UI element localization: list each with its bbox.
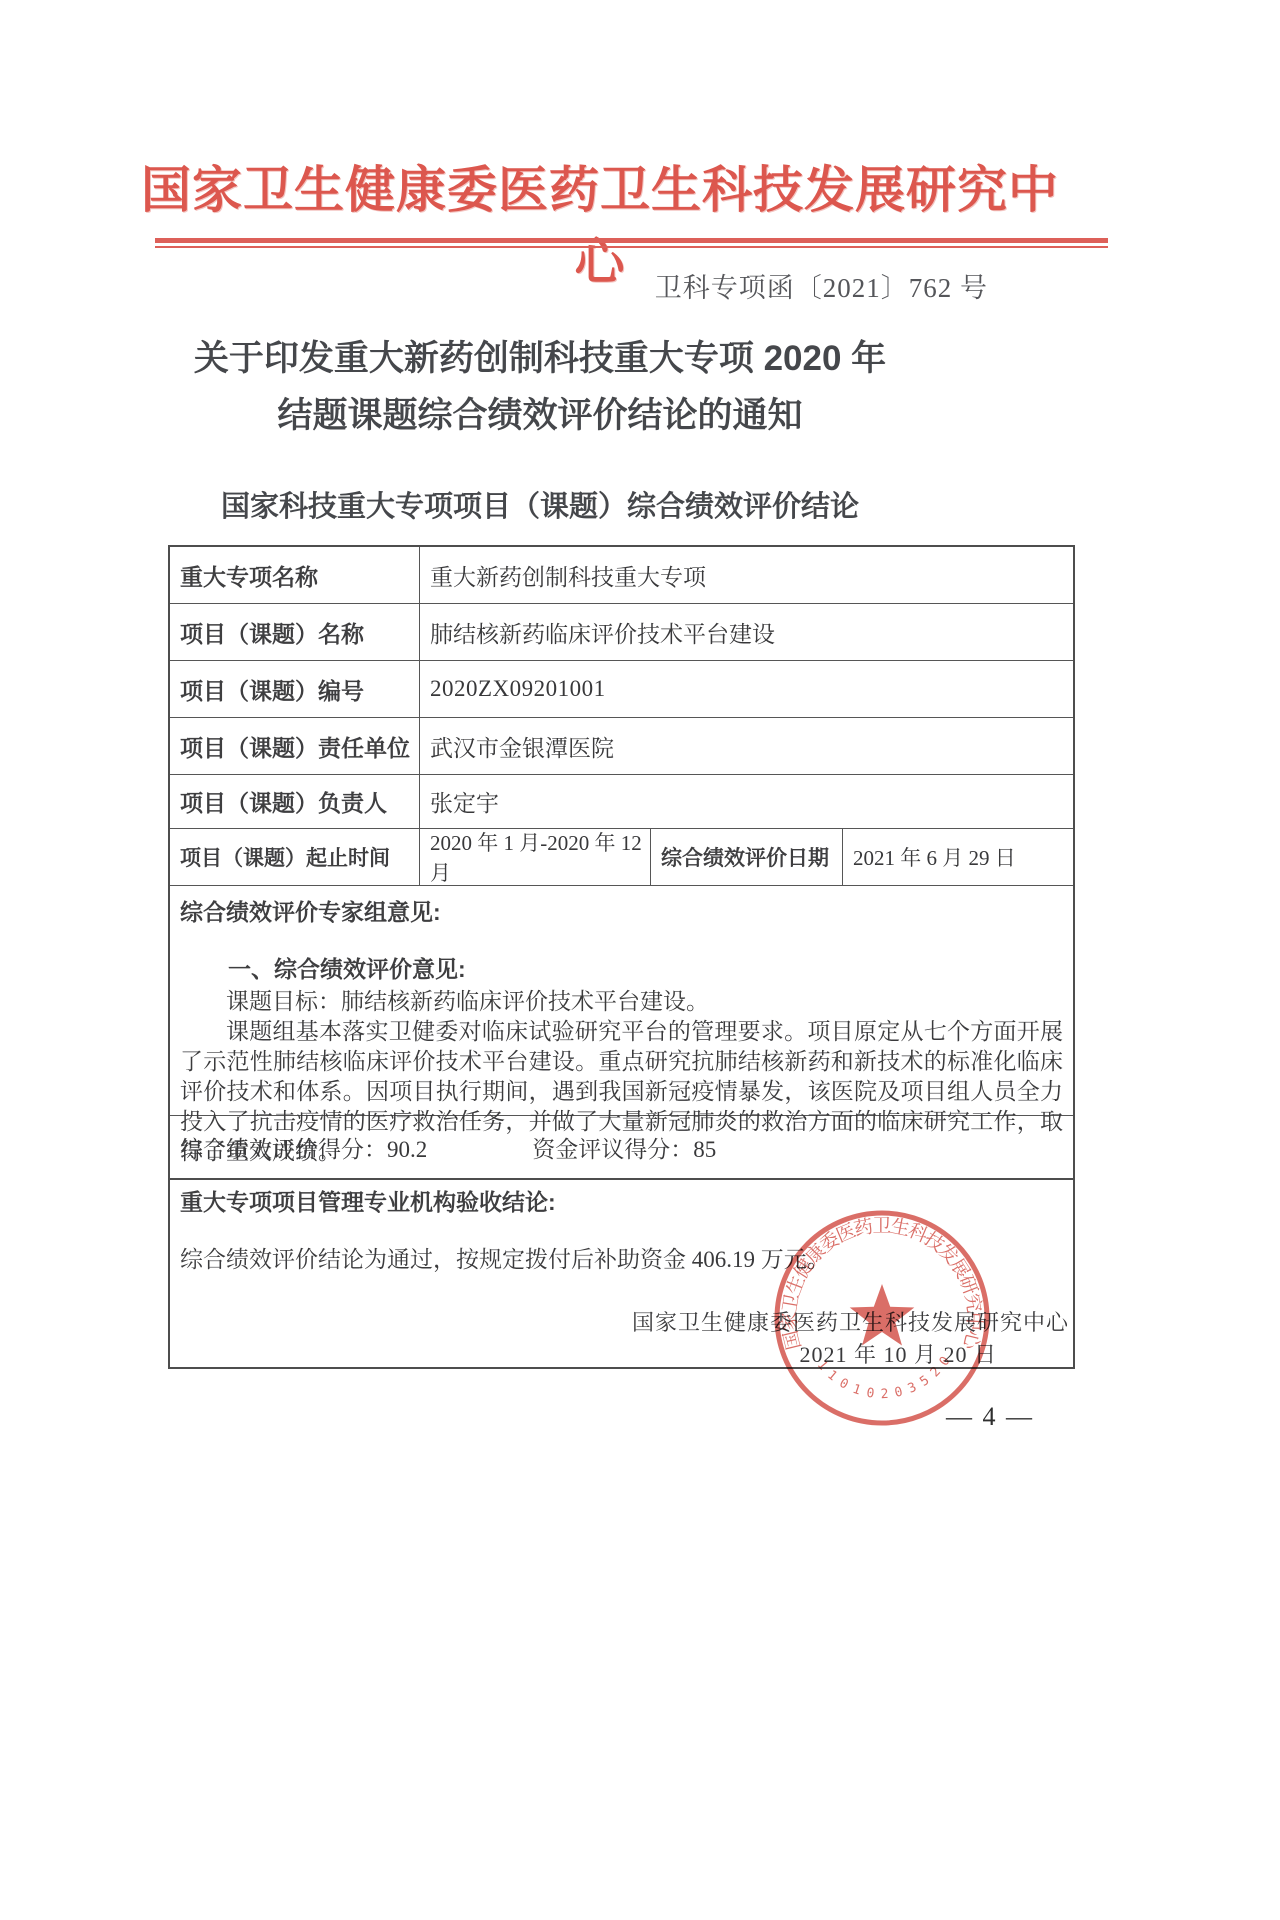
doc-title-line2: 结题课题综合绩效评价结论的通知 bbox=[100, 387, 980, 444]
row-label: 项目（课题）名称 bbox=[170, 604, 420, 660]
funding-score-value: 85 bbox=[693, 1137, 716, 1162]
performance-score: 综合绩效评价得分：90.2 bbox=[180, 1131, 427, 1164]
table-row: 重大专项名称 重大新药创制科技重大专项 bbox=[170, 547, 1073, 604]
expert-opinion-subheader: 一、综合绩效评价意见: bbox=[180, 951, 1063, 984]
row-value: 2020ZX09201001 bbox=[420, 661, 1073, 717]
row-label: 重大专项名称 bbox=[170, 547, 420, 603]
row-value: 重大新药创制科技重大专项 bbox=[420, 547, 1073, 603]
row-label: 项目（课题）起止时间 bbox=[170, 829, 420, 885]
row-value: 张定宇 bbox=[420, 775, 1073, 828]
row-label: 项目（课题）负责人 bbox=[170, 775, 420, 828]
row-label-eval-date: 综合绩效评价日期 bbox=[651, 829, 843, 885]
table-row: 项目（课题）编号 2020ZX09201001 bbox=[170, 661, 1073, 718]
expert-opinion-section: 综合绩效评价专家组意见: 一、综合绩效评价意见: 课题目标：肺结核新药临床评价技… bbox=[170, 886, 1073, 1116]
conclusion-body: 综合绩效评价结论为通过，按规定拨付后补助资金 406.19 万元。 bbox=[180, 1241, 1063, 1274]
doc-title: 关于印发重大新药创制科技重大专项 2020 年 结题课题综合绩效评价结论的通知 bbox=[100, 330, 980, 444]
table-row: 项目（课题）责任单位 武汉市金银潭医院 bbox=[170, 718, 1073, 775]
funding-score: 资金评议得分：85 bbox=[532, 1131, 716, 1164]
row-value-period: 2020 年 1 月-2020 年 12 月 bbox=[420, 829, 651, 885]
signature-org: 国家卫生健康委医药卫生科技发展研究中心 bbox=[632, 1306, 1069, 1337]
doc-title-line1: 关于印发重大新药创制科技重大专项 2020 年 bbox=[100, 330, 980, 387]
funding-score-label: 资金评议得分： bbox=[532, 1137, 693, 1162]
table-row: 项目（课题）名称 肺结核新药临床评价技术平台建设 bbox=[170, 604, 1073, 661]
row-value-eval-date: 2021 年 6 月 29 日 bbox=[843, 829, 1073, 885]
page-number: — 4 — bbox=[935, 1402, 1045, 1432]
row-label: 项目（课题）责任单位 bbox=[170, 718, 420, 774]
row-label: 项目（课题）编号 bbox=[170, 661, 420, 717]
evaluation-table: 重大专项名称 重大新药创制科技重大专项 项目（课题）名称 肺结核新药临床评价技术… bbox=[168, 545, 1075, 1369]
table-row: 项目（课题）负责人 张定宇 bbox=[170, 775, 1073, 829]
row-value: 肺结核新药临床评价技术平台建设 bbox=[420, 604, 1073, 660]
doc-subtitle: 国家科技重大专项项目（课题）综合绩效评价结论 bbox=[100, 484, 980, 525]
signature-date: 2021 年 10 月 20 日 bbox=[799, 1338, 997, 1369]
project-goal-line: 课题目标：肺结核新药临床评价技术平台建设。 bbox=[180, 987, 1063, 1017]
expert-section-header: 综合绩效评价专家组意见: bbox=[180, 894, 1063, 927]
table-row-period: 项目（课题）起止时间 2020 年 1 月-2020 年 12 月 综合绩效评价… bbox=[170, 829, 1073, 886]
row-value: 武汉市金银潭医院 bbox=[420, 718, 1073, 774]
letterhead-rule-thick bbox=[155, 238, 1108, 243]
conclusion-section-header: 重大专项项目管理专业机构验收结论: bbox=[180, 1184, 1063, 1217]
performance-score-value: 90.2 bbox=[387, 1137, 427, 1162]
performance-score-label: 综合绩效评价得分： bbox=[180, 1137, 387, 1162]
conclusion-section: 重大专项项目管理专业机构验收结论: 综合绩效评价结论为通过，按规定拨付后补助资金… bbox=[170, 1180, 1073, 1367]
letterhead-rule-thin bbox=[155, 246, 1108, 248]
document-page: 国家卫生健康委医药卫生科技发展研究中心 卫科专项函〔2021〕762 号 关于印… bbox=[0, 0, 1280, 1920]
doc-number: 卫科专项函〔2021〕762 号 bbox=[540, 266, 988, 305]
